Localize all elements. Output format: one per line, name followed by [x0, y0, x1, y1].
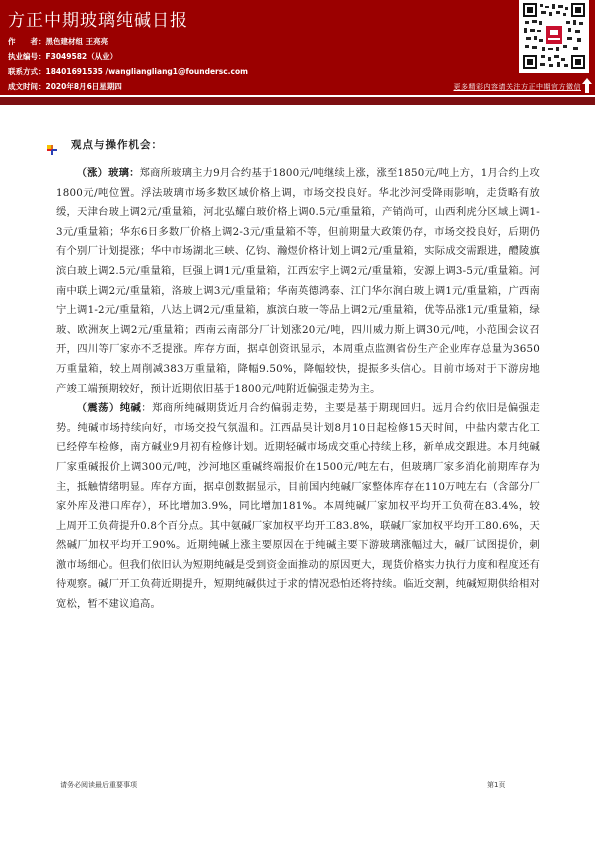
section-heading: 观点与操作机会： [47, 137, 163, 152]
glass-tag: （涨）玻璃： [77, 167, 140, 179]
author-label: 作 者： [8, 36, 46, 47]
author-line: 作 者：黑色建材组 王亮亮 [8, 36, 108, 47]
report-header: 方正中期玻璃纯碱日报 作 者：黑色建材组 王亮亮 执业编号：F3049582（从… [0, 0, 595, 95]
arrow-up-icon [582, 78, 592, 93]
contact-line: 联系方式：18401691535 /wangliangliang1@founde… [8, 66, 248, 77]
page-number: 第1页 [487, 780, 505, 790]
report-title: 方正中期玻璃纯碱日报 [8, 6, 188, 31]
soda-ash-paragraph: （震荡）纯碱：郑商所纯碱期货近月合约偏弱走势，主要是基于期现回归。远月合约依旧是… [56, 399, 540, 615]
soda-ash-tag: （震荡）纯碱 [77, 402, 142, 414]
glass-paragraph: （涨）玻璃：郑商所玻璃主力9月合约基于1800元/吨继续上涨，涨至1850元/吨… [56, 164, 540, 399]
contact-value[interactable]: 18401691535 /wangliangliang1@foundersc.c… [46, 67, 248, 76]
license-value: F3049582（从业） [46, 52, 118, 61]
glass-text: 郑商所玻璃主力9月合约基于1800元/吨继续上涨，涨至1850元/吨上方，1月合… [56, 167, 540, 395]
report-body: （涨）玻璃：郑商所玻璃主力9月合约基于1800元/吨继续上涨，涨至1850元/吨… [56, 164, 540, 615]
date-label: 成文时间： [8, 81, 46, 92]
soda-ash-text: ：郑商所纯碱期货近月合约偏弱走势，主要是基于期现回归。远月合约依旧是偏强走势。纯… [56, 402, 540, 610]
license-label: 执业编号： [8, 51, 46, 62]
contact-label: 联系方式： [8, 66, 46, 77]
footer-disclaimer: 请务必阅读最后重要事项 [60, 780, 137, 790]
section-title: 观点与操作机会： [71, 137, 163, 152]
date-line: 成文时间：2020年8月6日星期四 [8, 81, 122, 92]
four-color-cross-bullet-icon [47, 140, 57, 150]
header-divider-dark [0, 97, 595, 105]
follow-wechat-link[interactable]: 更多精彩内容请关注方正中期官方微信 [454, 82, 582, 92]
qr-code-icon [519, 0, 589, 73]
author-value: 黑色建材组 王亮亮 [46, 37, 109, 46]
license-line: 执业编号：F3049582（从业） [8, 51, 117, 62]
date-value: 2020年8月6日星期四 [46, 82, 122, 91]
